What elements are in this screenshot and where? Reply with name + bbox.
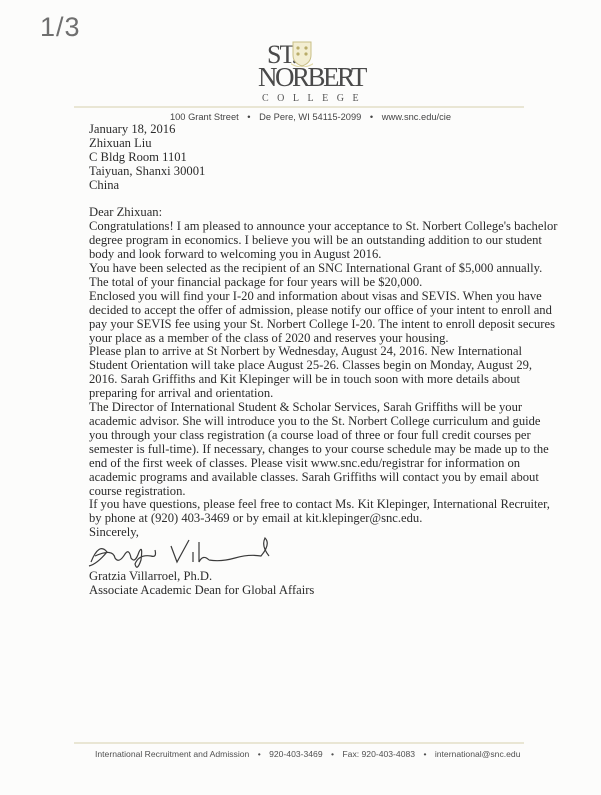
recipient-line: Taiyuan, Shanxi 30001 <box>89 165 559 179</box>
signature-image <box>89 540 289 570</box>
footer-email: international@snc.edu <box>435 749 521 759</box>
paragraph-acceptance: Congratulations! I am pleased to announc… <box>89 220 559 262</box>
recipient-line: C Bldg Room 1101 <box>89 151 559 165</box>
paragraph-grant: You have been selected as the recipient … <box>89 262 559 290</box>
footer-fax: Fax: 920-403-4083 <box>342 749 415 759</box>
college-logo: ST. NORBERT COLLEGE <box>256 40 356 106</box>
separator: • <box>258 749 261 759</box>
footer-office: International Recruitment and Admission <box>95 749 249 759</box>
logo-line-college: COLLEGE <box>262 94 367 104</box>
separator: • <box>247 112 250 122</box>
separator: • <box>331 749 334 759</box>
recipient-address: Zhixuan Liu C Bldg Room 1101 Taiyuan, Sh… <box>89 137 559 193</box>
salutation: Dear Zhixuan: <box>89 206 559 220</box>
header-divider <box>74 106 524 108</box>
separator: • <box>370 112 373 122</box>
paragraph-arrival: Please plan to arrive at St Norbert by W… <box>89 345 559 401</box>
separator: • <box>423 749 426 759</box>
letter-footer: International Recruitment and Admission … <box>95 749 521 759</box>
address-street: 100 Grant Street <box>170 112 239 122</box>
letterhead-address: 100 Grant Street • De Pere, WI 54115-209… <box>0 112 601 122</box>
logo-line-norbert: NORBERT <box>258 64 365 91</box>
letter-date: January 18, 2016 <box>89 123 559 137</box>
recipient-name: Zhixuan Liu <box>89 137 559 151</box>
address-website: www.snc.edu/cie <box>382 112 451 122</box>
letter-body: January 18, 2016 Zhixuan Liu C Bldg Room… <box>89 123 559 598</box>
recipient-country: China <box>89 179 559 193</box>
address-city: De Pere, WI 54115-2099 <box>259 112 361 122</box>
signer-title: Associate Academic Dean for Global Affai… <box>89 584 559 598</box>
footer-divider <box>74 742 524 744</box>
handwritten-signature-icon <box>85 534 285 574</box>
page-counter: 1/3 <box>40 12 81 43</box>
paragraph-i20: Enclosed you will find your I-20 and inf… <box>89 290 559 346</box>
paragraph-advisor: The Director of International Student & … <box>89 401 559 498</box>
paragraph-contact: If you have questions, please feel free … <box>89 498 559 526</box>
footer-phone: 920-403-3469 <box>269 749 323 759</box>
